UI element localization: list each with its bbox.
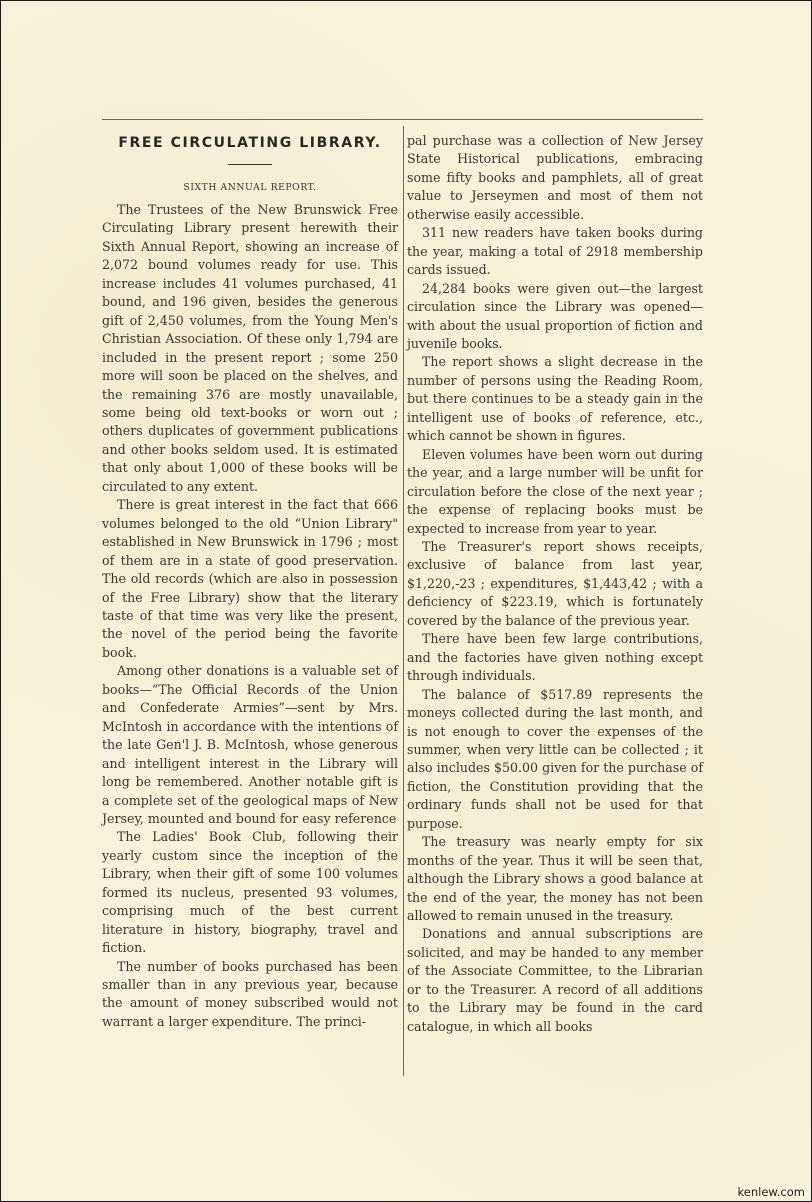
paragraph: The Treasurer's report shows receipts, e… — [407, 538, 703, 630]
right-column: pal purchase was a collection of New Jer… — [407, 132, 703, 1036]
paragraph: 311 new readers have taken books during … — [407, 224, 703, 279]
paragraph: There have been few large contributions,… — [407, 630, 703, 685]
paragraph: The Ladies' Book Club, following their y… — [102, 828, 398, 957]
paragraph: The number of books purchased has been s… — [102, 958, 398, 1032]
top-rule — [102, 119, 703, 120]
paragraph: The balance of $517.89 represents the mo… — [407, 686, 703, 834]
paragraph: There is great interest in the fact that… — [102, 496, 398, 662]
paragraph: Among other donations is a valuable set … — [102, 662, 398, 828]
paragraph: Donations and annual subscriptions are s… — [407, 925, 703, 1036]
scanned-page: FREE CIRCULATING LIBRARY. SIXTH ANNUAL R… — [0, 0, 812, 1202]
left-column: FREE CIRCULATING LIBRARY. SIXTH ANNUAL R… — [102, 129, 398, 1031]
article-title: FREE CIRCULATING LIBRARY. — [102, 133, 398, 153]
paragraph: The treasury was nearly empty for six mo… — [407, 833, 703, 925]
column-divider — [403, 126, 404, 1076]
paragraph-continued: pal purchase was a collection of New Jer… — [407, 132, 703, 224]
paragraph: The report shows a slight decrease in th… — [407, 353, 703, 445]
title-rule — [228, 164, 272, 165]
article-subtitle: SIXTH ANNUAL REPORT. — [102, 182, 398, 194]
paragraph: 24,284 books were given out—the largest … — [407, 280, 703, 354]
watermark: kenlew.com — [736, 1185, 807, 1199]
paragraph: The Trustees of the New Brunswick Free C… — [102, 201, 398, 496]
paragraph: Eleven volumes have been worn out during… — [407, 446, 703, 538]
